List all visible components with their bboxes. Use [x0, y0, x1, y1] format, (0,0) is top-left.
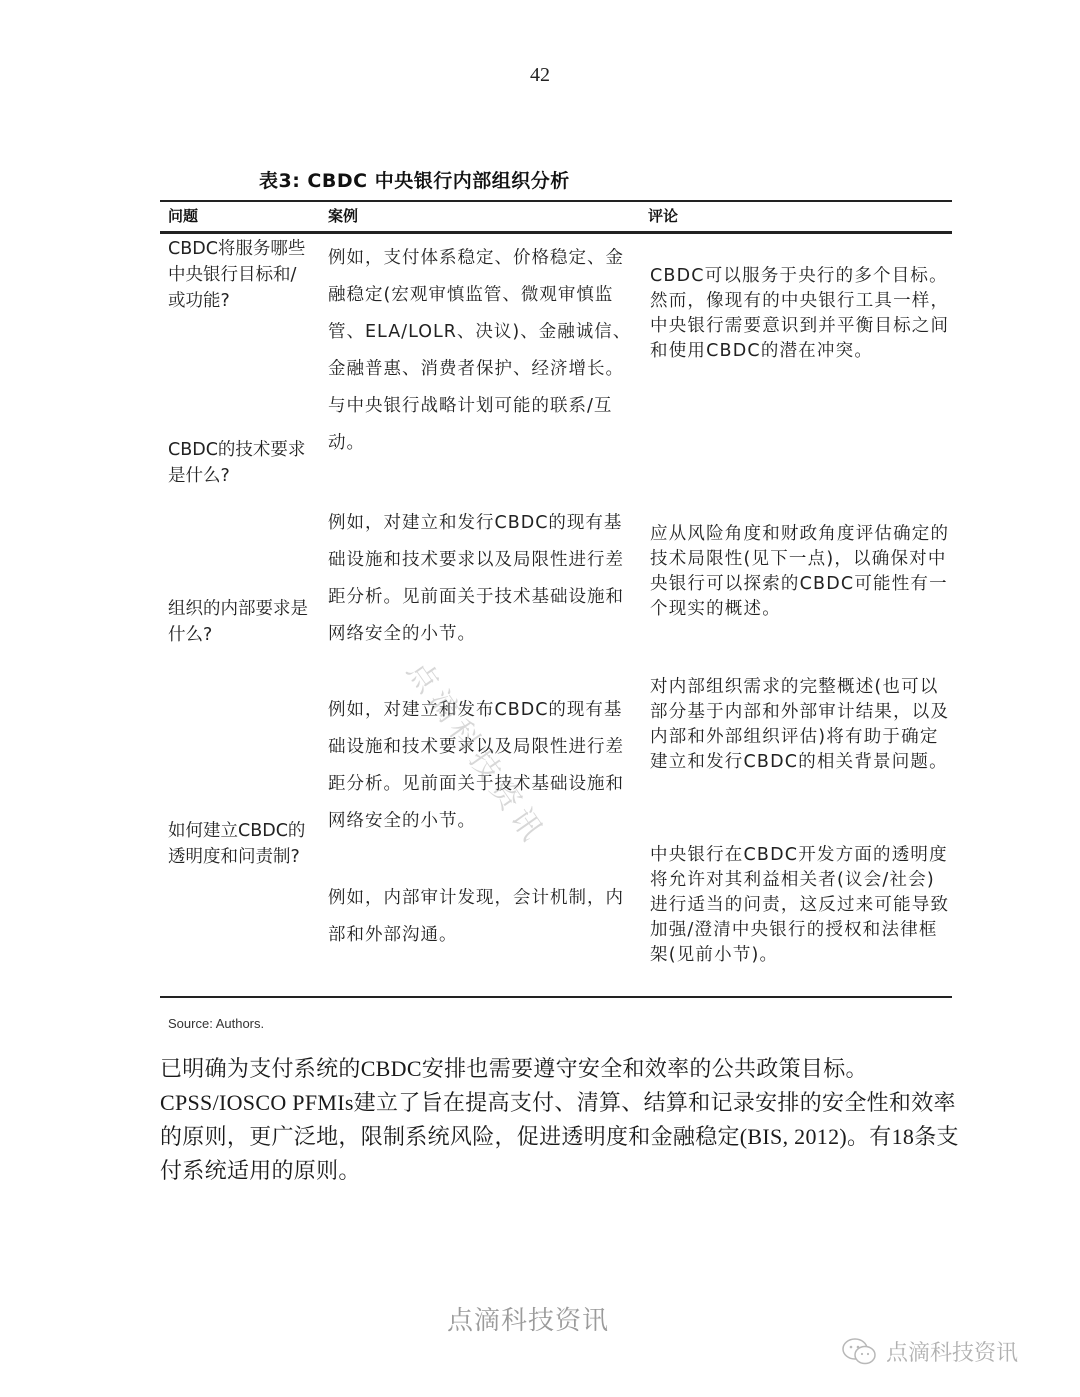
question-cell: 组织的内部要求是什么?	[168, 596, 308, 648]
body-paragraph: 已明确为支付系统的CBDC安排也需要遵守安全和效率的公共政策目标。CPSS/IO…	[160, 1052, 960, 1188]
comment-cell: 中央银行在CBDC开发方面的透明度将允许对其利益相关者(议会/社会)进行适当的问…	[650, 843, 950, 968]
comment-cell: 对内部组织需求的完整概述(也可以部分基于内部和外部审计结果，以及内部和外部组织评…	[650, 675, 950, 775]
case-cell: 例如，支付体系稳定、价格稳定、金融稳定(宏观审慎监管、微观审慎监管、ELA/LO…	[328, 240, 640, 462]
header-comment: 评论	[648, 205, 678, 226]
case-cell: 例如，对建立和发布CBDC的现有基础设施和技术要求以及局限性进行差距分析。见前面…	[328, 692, 640, 840]
table-header-rule	[160, 231, 952, 234]
table-source: Source: Authors.	[168, 1016, 264, 1031]
page-number: 42	[0, 64, 1080, 87]
case-cell: 例如，对建立和发行CBDC的现有基础设施和技术要求以及局限性进行差距分析。见前面…	[328, 505, 640, 653]
table-top-rule	[160, 200, 952, 202]
header-case: 案例	[328, 205, 358, 226]
wechat-account-name: 点滴科技资讯	[886, 1336, 1018, 1367]
wechat-account-badge[interactable]: 点滴科技资讯	[840, 1336, 1018, 1367]
comment-cell: CBDC可以服务于央行的多个目标。然而，像现有的中央银行工具一样，中央银行需要意…	[650, 264, 950, 364]
question-cell: CBDC将服务哪些中央银行目标和/或功能?	[168, 236, 308, 314]
case-cell: 例如，内部审计发现，会计机制，内部和外部沟通。	[328, 880, 640, 954]
table-title: 表3: CBDC 中央银行内部组织分析	[259, 166, 570, 193]
table-bottom-rule	[160, 996, 952, 998]
wechat-icon	[840, 1337, 880, 1367]
comment-cell: 应从风险角度和财政角度评估确定的技术局限性(见下一点)，以确保对中央银行可以探索…	[650, 522, 950, 622]
question-cell: CBDC的技术要求是什么?	[168, 437, 308, 489]
header-question: 问题	[168, 205, 198, 226]
question-cell: 如何建立CBDC的透明度和问责制?	[168, 818, 308, 870]
footer-watermark: 点滴科技资讯	[447, 1300, 609, 1337]
